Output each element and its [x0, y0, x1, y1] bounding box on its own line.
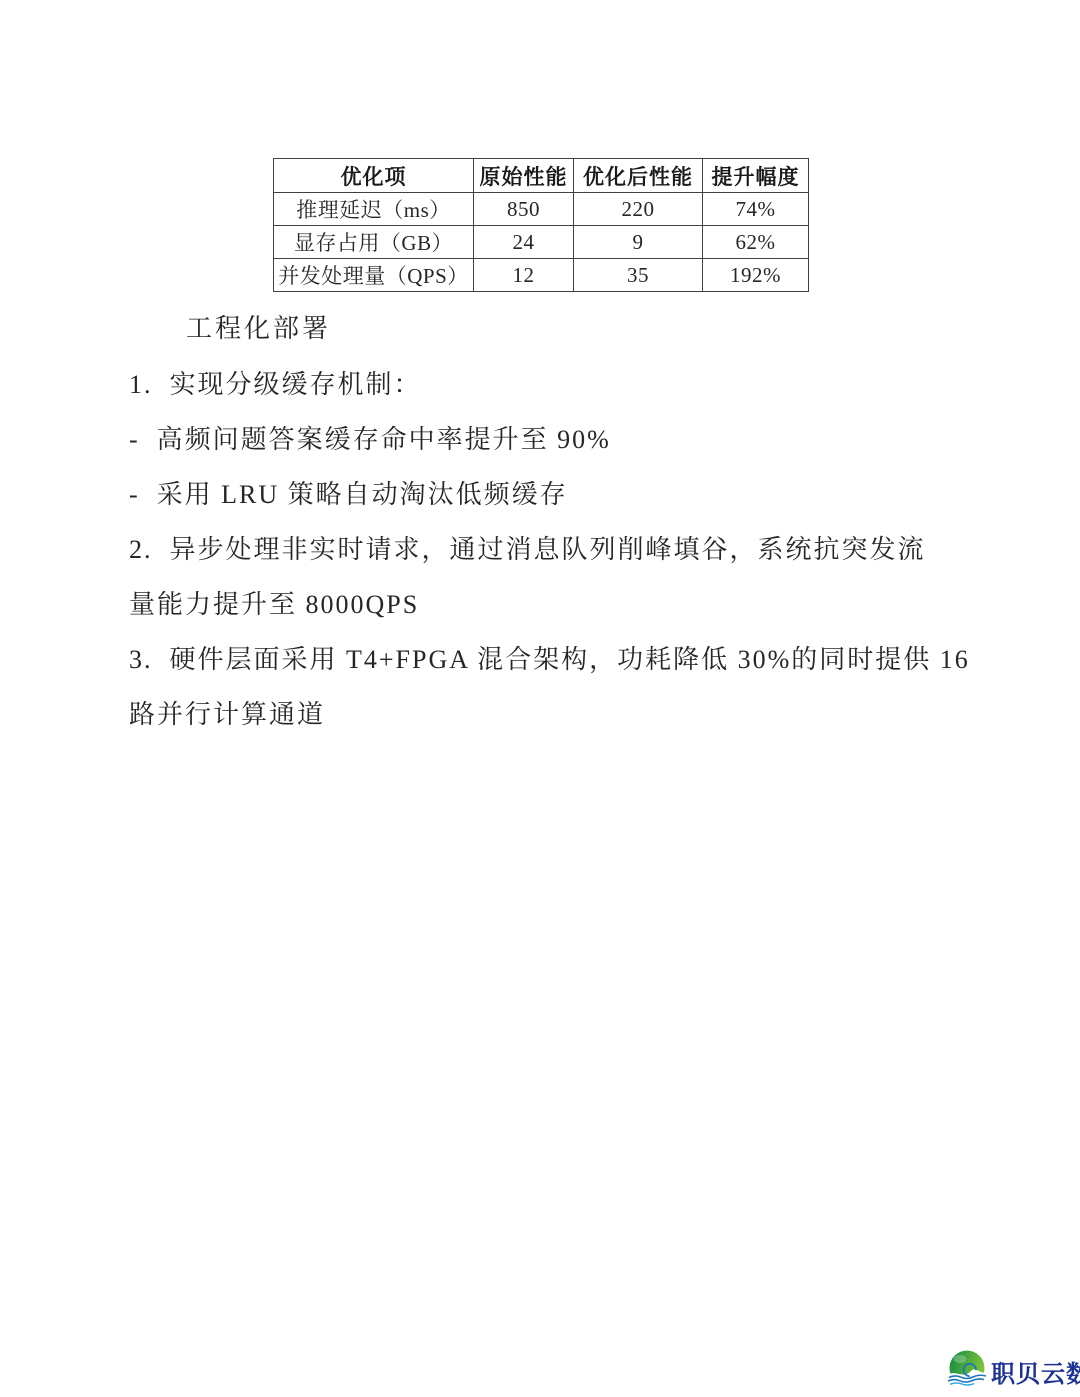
- logo-text: 职贝云数: [991, 1354, 1080, 1389]
- paragraph-line: 1. 实现分级缓存机制：: [129, 357, 970, 412]
- table-cell: 24: [474, 226, 574, 259]
- footer-logo: 职贝云数: [946, 1349, 1080, 1393]
- logo-globe-icon: [946, 1349, 990, 1393]
- section-heading: 工程化部署: [186, 308, 331, 345]
- table-header-row: 优化项 原始性能 优化后性能 提升幅度: [274, 159, 809, 193]
- table-cell: 850: [474, 193, 574, 226]
- paragraph-line: 量能力提升至 8000QPS: [129, 577, 970, 632]
- table-row: 并发处理量（QPS） 12 35 192%: [274, 259, 809, 292]
- paragraph-line: 路并行计算通道: [129, 687, 970, 742]
- table-cell: 推理延迟（ms）: [274, 193, 474, 226]
- table-header-cell: 优化项: [274, 159, 474, 193]
- table-cell: 并发处理量（QPS）: [274, 259, 474, 292]
- paragraph-line: - 高频问题答案缓存命中率提升至 90%: [129, 412, 970, 467]
- paragraph-line: 2. 异步处理非实时请求，通过消息队列削峰填谷，系统抗突发流: [129, 522, 970, 577]
- table-header-cell: 优化后性能: [574, 159, 703, 193]
- table-header-cell: 原始性能: [474, 159, 574, 193]
- table-cell: 74%: [703, 193, 809, 226]
- table-cell: 显存占用（GB）: [274, 226, 474, 259]
- paragraph-line: 3. 硬件层面采用 T4+FPGA 混合架构，功耗降低 30%的同时提供 16: [129, 632, 970, 687]
- body-text: 1. 实现分级缓存机制： - 高频问题答案缓存命中率提升至 90% - 采用 L…: [129, 357, 970, 742]
- performance-table: 优化项 原始性能 优化后性能 提升幅度 推理延迟（ms） 850 220 74%…: [273, 158, 809, 292]
- table-row: 显存占用（GB） 24 9 62%: [274, 226, 809, 259]
- table-cell: 192%: [703, 259, 809, 292]
- table-cell: 220: [574, 193, 703, 226]
- table-header-cell: 提升幅度: [703, 159, 809, 193]
- table-cell: 35: [574, 259, 703, 292]
- table-row: 推理延迟（ms） 850 220 74%: [274, 193, 809, 226]
- paragraph-line: - 采用 LRU 策略自动淘汰低频缓存: [129, 467, 970, 522]
- table-cell: 12: [474, 259, 574, 292]
- table-cell: 9: [574, 226, 703, 259]
- table-cell: 62%: [703, 226, 809, 259]
